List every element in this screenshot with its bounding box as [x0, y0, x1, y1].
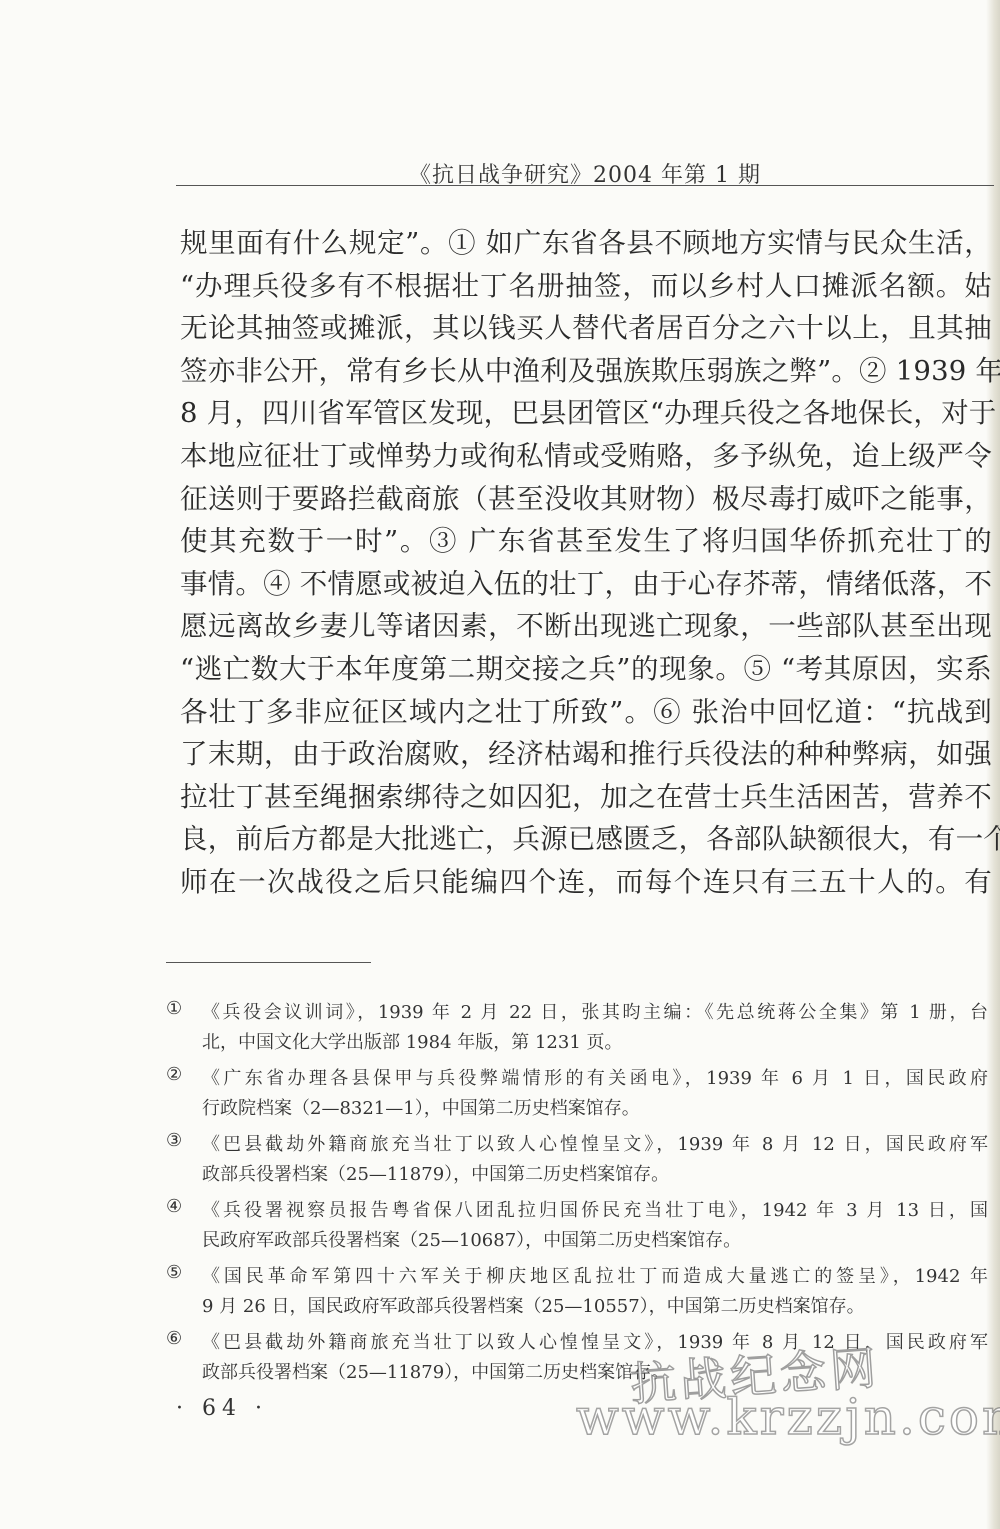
body-line: 了末期，由于政治腐败，经济枯竭和推行兵役法的种种弊病，如强 [180, 733, 992, 776]
footnote-3: ③ 《巴县截劫外籍商旅充当壮丁以致人心惶惶呈文》，1939 年 8 月 12 日… [166, 1130, 988, 1190]
footnote-line: 《巴县截劫外籍商旅充当壮丁以致人心惶惶呈文》，1939 年 8 月 12 日，国… [166, 1130, 988, 1160]
footnote-line: 《广东省办理各县保甲与兵役弊端情形的有关函电》，1939 年 6 月 1 日，国… [166, 1064, 988, 1094]
body-line: 事情。④ 不情愿或被迫入伍的壮丁，由于心存芥蒂，情绪低落，不 [180, 563, 992, 606]
footnote-4: ④ 《兵役署视察员报告粤省保八团乱拉归国侨民充当壮丁电》，1942 年 3 月 … [166, 1196, 988, 1256]
footnote-marker: ⑤ [166, 1262, 196, 1283]
footnote-marker: ⑥ [166, 1328, 196, 1349]
footnote-5: ⑤ 《国民革命军第四十六军关于柳庆地区乱拉壮丁而造成大量逃亡的签呈》，1942 … [166, 1262, 988, 1322]
footnote-2: ② 《广东省办理各县保甲与兵役弊端情形的有关函电》，1939 年 6 月 1 日… [166, 1064, 988, 1124]
footnote-line: 民政府军政部兵役署档案（25—10687），中国第二历史档案馆存。 [166, 1226, 988, 1256]
footnote-rule [166, 962, 371, 963]
footnote-marker: ① [166, 998, 196, 1019]
footnote-line: 《兵役会议训词》，1939 年 2 月 22 日，张其昀主编：《先总统蒋公全集》… [166, 998, 988, 1028]
footnote-line: 北，中国文化大学出版部 1984 年版，第 1231 页。 [166, 1028, 988, 1058]
body-line: 师在一次战役之后只能编四个连，而每个连只有三五十人的。有 [180, 861, 992, 904]
footnote-1: ① 《兵役会议训词》，1939 年 2 月 22 日，张其昀主编：《先总统蒋公全… [166, 998, 988, 1058]
footnote-line: 行政院档案（2—8321—1），中国第二历史档案馆存。 [166, 1094, 988, 1124]
body-line: 征送则于要路拦截商旅（甚至没收其财物）极尽毒打威吓之能事， [180, 478, 992, 521]
body-line: 本地应征壮丁或惮势力或徇私情或受贿赂，多予纵免，迨上级严令 [180, 435, 992, 478]
page-number: · 64 · [176, 1396, 268, 1421]
body-line: 使其充数于一时”。③ 广东省甚至发生了将归国华侨抓充壮丁的 [180, 520, 992, 563]
body-line: 无论其抽签或摊派，其以钱买人替代者居百分之六十以上，且其抽 [180, 307, 992, 350]
watermark-url: www.krzzjn.com [576, 1388, 1000, 1446]
footnote-line: 政部兵役署档案（25—11879），中国第二历史档案馆存。 [166, 1160, 988, 1190]
body-line: 拉壮丁甚至绳捆索绑待之如囚犯，加之在营士兵生活困苦，营养不 [180, 776, 992, 819]
footnote-line: 《国民革命军第四十六军关于柳庆地区乱拉壮丁而造成大量逃亡的签呈》，1942 年 [166, 1262, 988, 1292]
header-rule [176, 185, 994, 186]
body-line: 各壮丁多非应征区域内之壮丁所致”。⑥ 张治中回忆道：“抗战到 [180, 691, 992, 734]
footnote-marker: ③ [166, 1130, 196, 1151]
footnote-marker: ② [166, 1064, 196, 1085]
body-line: 签亦非公开，常有乡长从中渔利及强族欺压弱族之弊”。② 1939 年 [180, 350, 992, 393]
body-line: 良，前后方都是大批逃亡，兵源已感匮乏，各部队缺额很大，有一个 [180, 818, 992, 861]
body-line: 愿远离故乡妻儿等诸因素，不断出现逃亡现象，一些部队甚至出现 [180, 605, 992, 648]
body-line: “办理兵役多有不根据壮丁名册抽签，而以乡村人口摊派名额。姑 [180, 265, 992, 308]
body-line: “逃亡数大于本年度第二期交接之兵”的现象。⑤ “考其原因，实系 [180, 648, 992, 691]
footnote-marker: ④ [166, 1196, 196, 1217]
body-line: 8 月，四川省军管区发现，巴县团管区“办理兵役之各地保长，对于 [180, 392, 992, 435]
body-line: 规里面有什么规定”。① 如广东省各县不顾地方实情与民众生活， [180, 222, 992, 265]
footnote-line: 9 月 26 日，国民政府军政部兵役署档案（25—10557），中国第二历史档案… [166, 1292, 988, 1322]
footnote-line: 《兵役署视察员报告粤省保八团乱拉归国侨民充当壮丁电》，1942 年 3 月 13… [166, 1196, 988, 1226]
body-paragraph: 规里面有什么规定”。① 如广东省各县不顾地方实情与民众生活， “办理兵役多有不根… [180, 222, 992, 904]
